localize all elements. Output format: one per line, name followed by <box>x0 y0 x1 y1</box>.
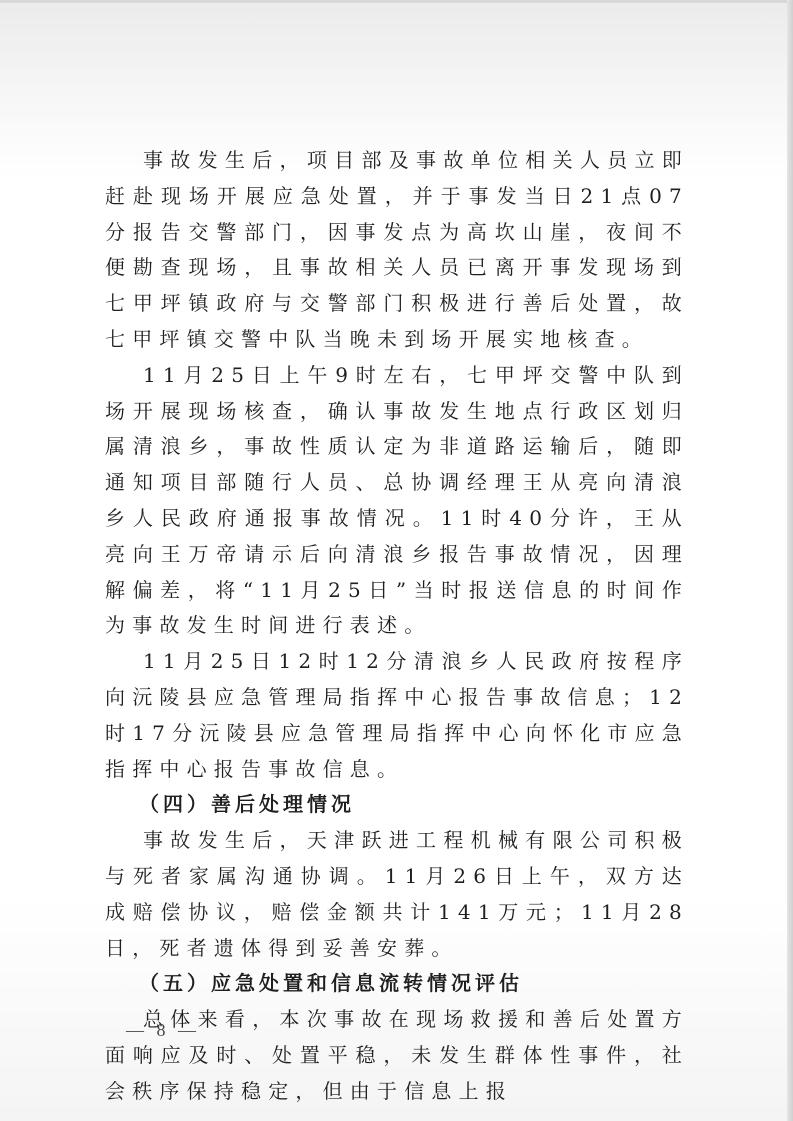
page-right-edge <box>787 0 793 1121</box>
paragraph-overall-assessment: 总体来看，本次事故在现场救援和善后处置方面响应及时、处置平稳，未发生群体性事件，… <box>105 1002 689 1109</box>
document-body: 事故发生后，项目部及事故单位相关人员立即赶赴现场开展应急处置，并于事发当日21点… <box>105 143 689 1110</box>
paragraph-emergency-response: 事故发生后，项目部及事故单位相关人员立即赶赴现场开展应急处置，并于事发当日21点… <box>105 143 689 358</box>
paragraph-site-verification: 11月25日上午9时左右，七甲坪交警中队到场开展现场核查，确认事故发生地点行政区… <box>105 358 689 644</box>
section-heading-evaluation: （五）应急处置和信息流转情况评估 <box>105 966 689 1002</box>
section-heading-aftermath: （四）善后处理情况 <box>105 787 689 823</box>
page-number: — 8 — <box>126 1020 200 1041</box>
page-top-edge <box>0 0 793 3</box>
document-page: 事故发生后，项目部及事故单位相关人员立即赶赴现场开展应急处置，并于事发当日21点… <box>0 0 793 1121</box>
paragraph-reporting-timeline: 11月25日12时12分清浪乡人民政府按程序向沅陵县应急管理局指挥中心报告事故信… <box>105 644 689 787</box>
paragraph-compensation: 事故发生后，天津跃进工程机械有限公司积极与死者家属沟通协调。11月26日上午，双… <box>105 823 689 966</box>
